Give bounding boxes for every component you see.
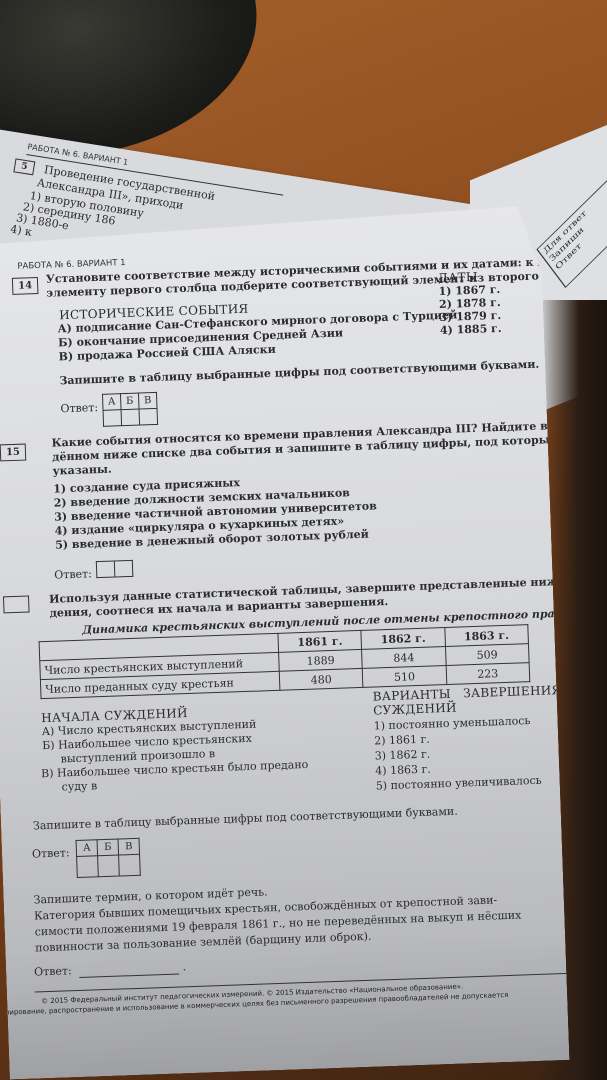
q15-prompt: указаны.: [52, 463, 112, 479]
endings-heading: СУЖДЕНИЙ: [373, 701, 457, 718]
q17-answer-row: Ответ: .: [34, 960, 187, 979]
q16-instruction: Запишите в таблицу выбранные цифры под с…: [33, 805, 458, 834]
answer-col-header: Б: [97, 839, 119, 856]
q17-answer-suffix: .: [182, 960, 186, 973]
start-item: суду в: [61, 779, 97, 794]
answer-instruction-box: Для ответ Запиши Ответ: [536, 175, 607, 288]
ending-item: 2) 1861 г.: [374, 733, 430, 749]
main-exam-page: РАБОТА № 6. ВАРИАНТ 1 14 Установите соот…: [0, 205, 569, 1079]
ending-item: 3) 1862 г.: [375, 748, 431, 764]
back-question-number: 5: [13, 158, 35, 175]
answer-cell-a[interactable]: [77, 856, 99, 878]
q14-instruction: Запишите в таблицу выбранные цифры под с…: [59, 358, 539, 389]
question-number-15: 15: [0, 444, 26, 462]
answer-col-header: А: [102, 394, 121, 411]
question-number-14: 14: [12, 277, 39, 295]
back-line: 4) к: [9, 223, 32, 239]
q16-answer-label: Ответ:: [32, 846, 70, 861]
q14-answer-table: А Б В: [102, 392, 158, 427]
ending-item: 4) 1863 г.: [375, 763, 431, 779]
ending-item: 1) постоянно уменьшалось: [373, 714, 530, 733]
answer-cell-v[interactable]: [139, 408, 158, 425]
q17-answer-field[interactable]: [79, 973, 179, 977]
q14-answer-label: Ответ:: [60, 401, 98, 416]
cell-value: 223: [446, 663, 530, 685]
answer-cell-b[interactable]: [98, 855, 120, 877]
q16-answer-table: А Б В: [76, 838, 141, 878]
answer-cell-a[interactable]: [103, 410, 122, 427]
cell-value: 480: [279, 668, 363, 690]
answer-col-header: В: [118, 838, 140, 855]
answer-col-header: В: [138, 392, 157, 409]
answer-col-header: Б: [120, 393, 139, 410]
answer-cell-1[interactable]: [96, 561, 115, 578]
question-number-16: [3, 596, 30, 614]
q17-answer-label: Ответ:: [34, 964, 72, 978]
cell-value: 510: [363, 666, 447, 688]
answer-col-header: А: [76, 840, 98, 857]
dates-heading: ДАТЫ: [438, 270, 478, 285]
answer-cell-v[interactable]: [119, 854, 141, 876]
answer-cell-2[interactable]: [114, 560, 133, 577]
answer-cell-b[interactable]: [121, 409, 140, 426]
q15-answer-table: [96, 560, 134, 578]
q15-answer-label: Ответ:: [54, 567, 92, 582]
date-item: 4) 1885 г.: [440, 322, 502, 338]
